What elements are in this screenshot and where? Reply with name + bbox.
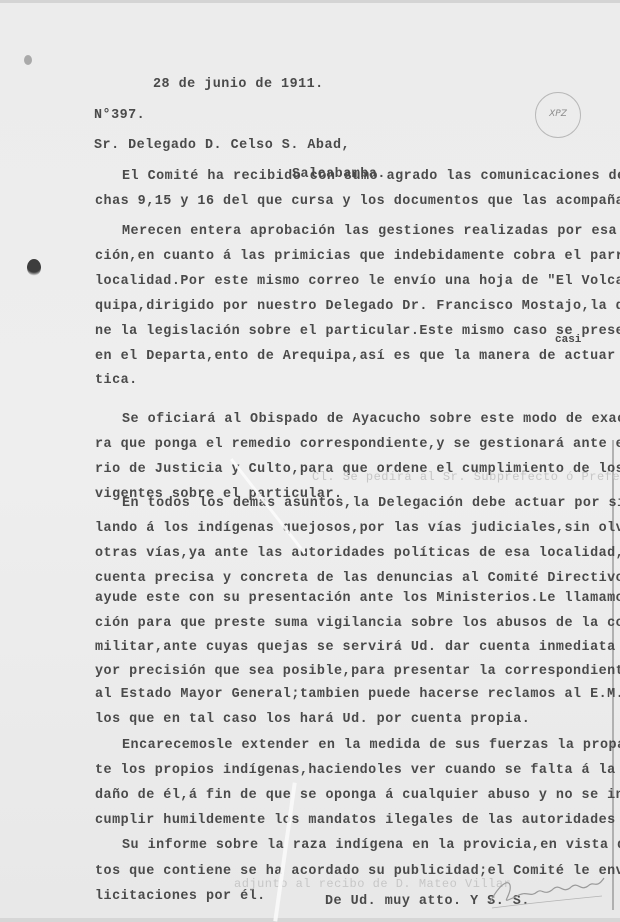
body-line: ra que ponga el remedio correspondiente,… bbox=[95, 437, 620, 452]
body-line: localidad.Por este mismo correo le envío… bbox=[95, 274, 620, 289]
body-line: El Comité ha recibido con sumo agrado la… bbox=[122, 169, 620, 184]
letter-number: N°397. bbox=[94, 108, 145, 123]
bleed-through-text: adjunto al recibo de D. Mateo Villar bbox=[234, 877, 511, 891]
page-bottom-edge bbox=[0, 918, 620, 922]
punch-hole bbox=[27, 259, 41, 276]
punch-mark bbox=[24, 55, 32, 65]
document-page: XPZ 28 de junio de 1911. N°397. Sr. Dele… bbox=[0, 0, 620, 922]
body-line: otras vías,ya ante las autoridades polít… bbox=[95, 546, 620, 561]
body-line: ción para que preste suma vigilancia sob… bbox=[95, 616, 620, 631]
stamp-code: XPZ bbox=[549, 109, 567, 119]
body-line: Se oficiará al Obispado de Ayacucho sobr… bbox=[122, 412, 620, 427]
body-line: te los propios indígenas,haciendoles ver… bbox=[95, 763, 620, 778]
letter-recipient: Sr. Delegado D. Celso S. Abad, bbox=[94, 138, 350, 153]
body-line: lando á los indígenas quejosos,por las v… bbox=[95, 521, 620, 536]
body-line: ayude este con su presentación ante los … bbox=[95, 591, 620, 606]
bleed-through-text: Cl. Se pedirá al Sr. Subprefecto ó Prefe… bbox=[312, 470, 620, 484]
body-line: cuenta precisa y concreta de las denunci… bbox=[95, 571, 620, 586]
body-line: chas 9,15 y 16 del que cursa y los docum… bbox=[95, 194, 620, 209]
body-line: Merecen entera aprobación las gestiones … bbox=[122, 224, 620, 239]
body-line: al Estado Mayor General;tambien puede ha… bbox=[95, 687, 620, 702]
body-line: Encarecemosle extender en la medida de s… bbox=[122, 738, 620, 753]
body-line: yor precisión que sea posible,para prese… bbox=[95, 664, 620, 679]
archive-stamp: XPZ bbox=[535, 92, 581, 138]
body-line: Su informe sobre la raza indígena en la … bbox=[122, 838, 620, 853]
body-line: quipa,dirigido por nuestro Delegado Dr. … bbox=[95, 299, 620, 314]
body-line: ción,en cuanto á las primicias que indeb… bbox=[95, 249, 620, 264]
body-line: los que en tal caso los hará Ud. por cue… bbox=[95, 712, 530, 727]
body-line: En todos los demas asuntos,la Delegación… bbox=[122, 496, 620, 511]
body-line: daño de él,á fin de que se oponga á cual… bbox=[95, 788, 620, 803]
body-line: en el Departa,ento de Arequipa,así es qu… bbox=[95, 349, 620, 364]
interlinear-insert: casi bbox=[555, 334, 581, 346]
handwritten-signature bbox=[482, 870, 612, 915]
body-line: tica. bbox=[95, 373, 138, 388]
body-line: ne la legislación sobre el particular.Es… bbox=[95, 324, 620, 339]
letter-date: 28 de junio de 1911. bbox=[153, 77, 324, 92]
page-top-edge bbox=[0, 0, 620, 3]
body-line: licitaciones por él. bbox=[95, 889, 266, 904]
body-line: militar,ante cuyas quejas se servirá Ud.… bbox=[95, 640, 620, 655]
body-line: cumplir humildemente los mandatos ilegal… bbox=[95, 813, 620, 828]
